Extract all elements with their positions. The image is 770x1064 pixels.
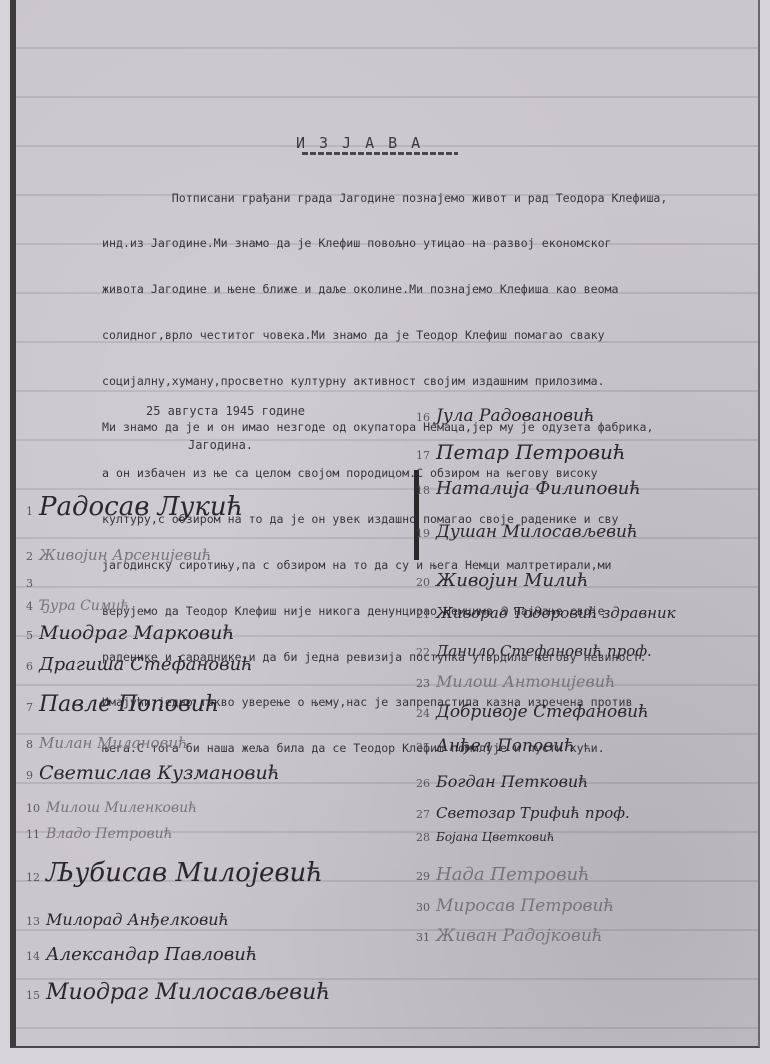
signature: 31Живан Радојковић: [416, 926, 603, 946]
signature: 10Милош Миленковић: [26, 800, 197, 816]
signature: 12Љубисав Милојевић: [26, 858, 323, 888]
signature: 18Наталија Филиповић: [416, 478, 641, 499]
signature: 1Радосав Лукић: [26, 492, 243, 522]
title-underline: [302, 152, 458, 155]
signature: 28Бојана Цветковић: [416, 830, 555, 844]
body-line: солидног,врло честитог човека.Ми знамо д…: [102, 328, 770, 343]
document-date: 25 августа 1945 године: [146, 404, 305, 418]
signature: 17Петар Петровић: [416, 440, 626, 464]
document-title: ИЗЈАВА: [296, 134, 434, 152]
signature: 27Светозар Трифић проф.: [416, 804, 630, 822]
signature: 11Владо Петровић: [26, 826, 173, 842]
body-line: инд.из Јагодине.Ми знамо да је Клефиш по…: [102, 236, 770, 251]
signature: 5Миодраг Марковић: [26, 622, 235, 644]
signature: 4Ђура Симић: [26, 598, 129, 614]
signature: 24Добривоје Стефановић: [416, 702, 649, 722]
signature: 22Данило Стефановић проф.: [416, 642, 652, 660]
signature: 6Драгиша Стефановић: [26, 654, 253, 675]
document-place: Јагодина.: [188, 438, 253, 452]
signature: 3: [26, 576, 39, 591]
signature: 9Светислав Кузмановић: [26, 762, 280, 784]
signature: 14Александар Павловић: [26, 944, 257, 965]
signature: 15Миодраг Милосављевић: [26, 980, 330, 1005]
signature: 29Нада Петровић: [416, 864, 590, 885]
body-line: Потписани грађани града Јагодине познаје…: [102, 191, 770, 206]
signature: 30Миросав Петровић: [416, 896, 614, 916]
body-line: социјалну,хуману,просветно културну акти…: [102, 374, 770, 389]
document-page: ИЗЈАВА Потписани грађани града Јагодине …: [10, 0, 760, 1048]
signature: 25Анђел Поповић: [416, 736, 575, 756]
signature: 26Богдан Петковић: [416, 772, 588, 791]
signature: 21Живорад Тодоровић здравник: [416, 604, 676, 622]
signature: 19Душан Милосављевић: [416, 522, 638, 542]
signature: 7Павле Поповић: [26, 692, 219, 717]
signature: 2Живојин Арсенијевић: [26, 546, 212, 564]
signature: 13Милорад Анђелковић: [26, 910, 229, 929]
signature: 8Милан Милановић: [26, 734, 188, 752]
signature: 20Живојин Милић: [416, 570, 589, 591]
signature: 16Јула Радовановић: [416, 406, 595, 426]
signature: 23Милош Антонијевић: [416, 672, 615, 691]
body-line: живота Јагодине и њене ближе и даље окол…: [102, 282, 770, 297]
